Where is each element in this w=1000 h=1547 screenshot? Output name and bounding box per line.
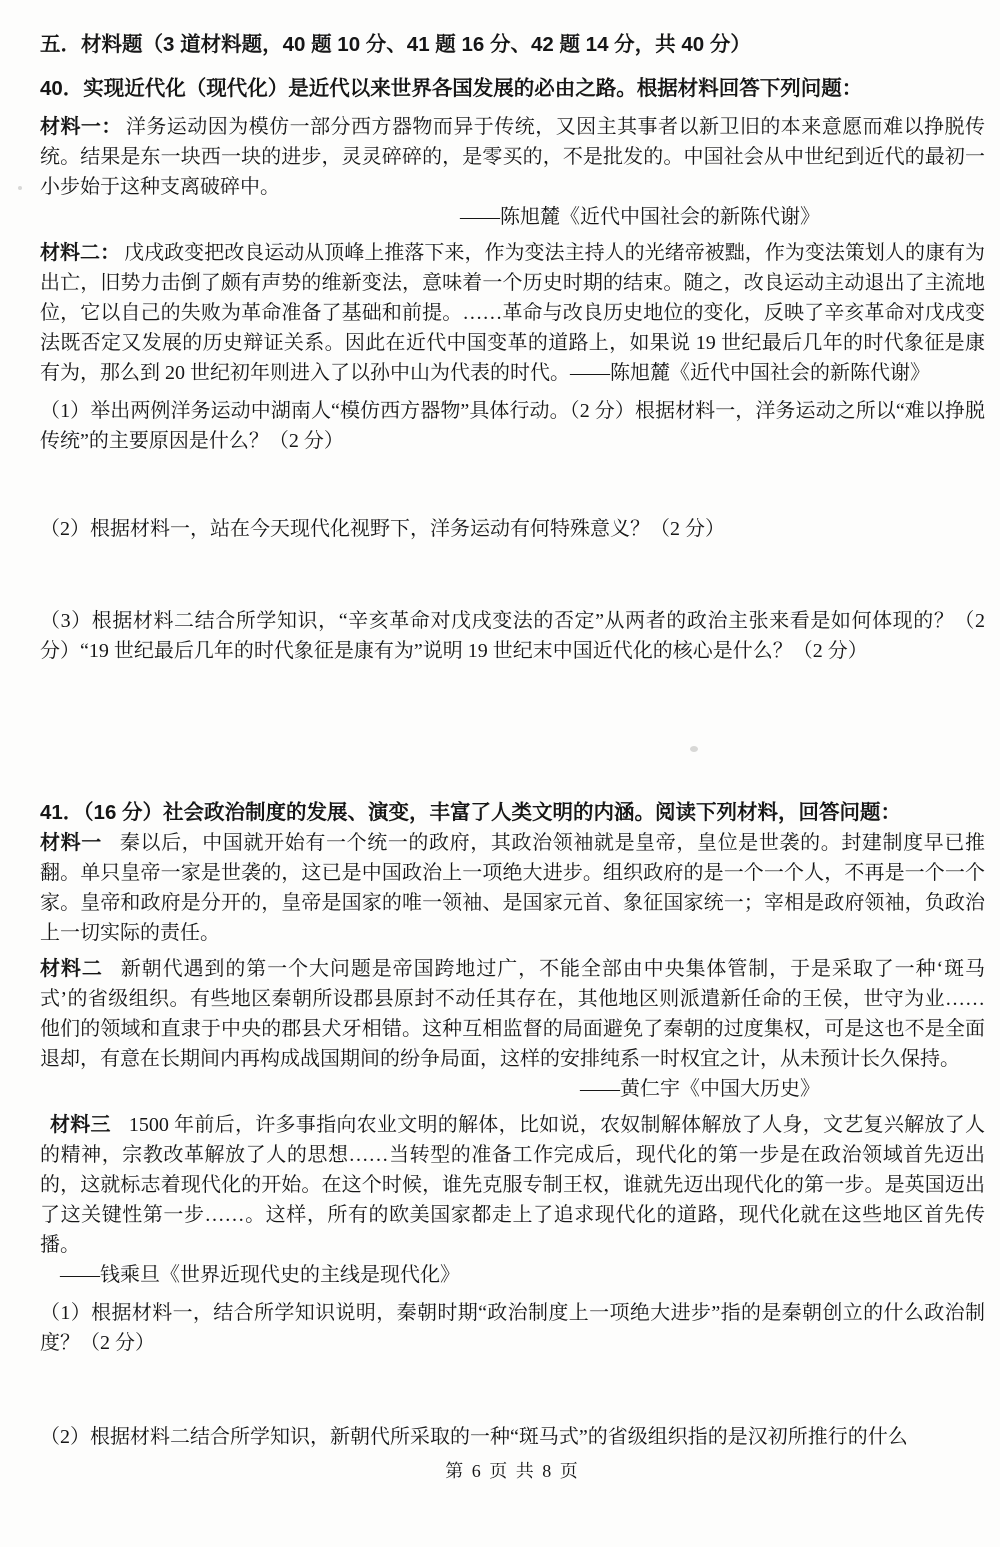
scan-speck [690, 746, 698, 752]
material-text: 1500 年前后，许多事指向农业文明的解体，比如说，农奴制解体解放了人身，文艺复… [40, 1114, 985, 1256]
q40-material-2: 材料二：戊戌政变把改良运动从顶峰上推落下来，作为变法主持人的光绪帝被黜，作为变法… [40, 238, 985, 388]
question-40-title: 40．实现近代化（现代化）是近代以来世界各国发展的必由之路。根据材料回答下列问题… [40, 74, 985, 104]
material-text: 新朝代遇到的第一个大问题是帝国跨地过广，不能全部由中央集体管制，于是采取了一种‘… [40, 958, 985, 1070]
question-41: 41．（16 分）社会政治制度的发展、演变，丰富了人类文明的内涵。阅读下列材料，… [40, 798, 985, 1452]
material-label: 材料三 [50, 1114, 111, 1136]
material-label: 材料一： [40, 116, 122, 138]
q40-question-1: （1）举出两例洋务运动中湖南人“模仿西方器物”具体行动。（2 分）根据材料一，洋… [40, 396, 985, 456]
scan-speck [18, 186, 22, 190]
page-footer: 第 6 页 共 8 页 [40, 1458, 985, 1484]
section-heading: 五．材料题（3 道材料题，40 题 10 分、41 题 16 分、42 题 14… [40, 30, 985, 60]
q41-material-3-source: ——钱乘旦《世界近现代史的主线是现代化》 [40, 1260, 985, 1290]
material-label: 材料一 [40, 832, 102, 854]
q40-material-1: 材料一：洋务运动因为模仿一部分西方器物而异于传统，又因主其事者以新卫旧的本来意愿… [40, 112, 985, 202]
q40-question-3: （3）根据材料二结合所学知识，“辛亥革命对戊戌变法的否定”从两者的政治主张来看是… [40, 606, 985, 666]
material-label: 材料二 [40, 958, 103, 980]
q41-material-2-source: ——黄仁宇《中国大历史》 [40, 1074, 985, 1104]
q41-material-2: 材料二新朝代遇到的第一个大问题是帝国跨地过广，不能全部由中央集体管制，于是采取了… [40, 954, 985, 1074]
q41-material-1: 材料一秦以后，中国就开始有一个统一的政府，其政治领袖就是皇帝，皇位是世袭的。封建… [40, 828, 985, 948]
question-41-title: 41．（16 分）社会政治制度的发展、演变，丰富了人类文明的内涵。阅读下列材料，… [40, 798, 985, 828]
material-label: 材料二： [40, 242, 120, 264]
material-text: 秦以后，中国就开始有一个统一的政府，其政治领袖就是皇帝，皇位是世袭的。封建制度早… [40, 832, 985, 944]
question-40: 40．实现近代化（现代化）是近代以来世界各国发展的必由之路。根据材料回答下列问题… [40, 74, 985, 666]
q40-question-2: （2）根据材料一，站在今天现代化视野下，洋务运动有何特殊意义？（2 分） [40, 514, 985, 544]
material-text: 戊戌政变把改良运动从顶峰上推落下来，作为变法主持人的光绪帝被黜，作为变法策划人的… [40, 242, 985, 384]
q40-material-1-source: ——陈旭麓《近代中国社会的新陈代谢》 [40, 202, 985, 232]
exam-page: 五．材料题（3 道材料题，40 题 10 分、41 题 16 分、42 题 14… [0, 0, 1000, 1547]
q41-material-3: 材料三1500 年前后，许多事指向农业文明的解体，比如说，农奴制解体解放了人身，… [40, 1110, 985, 1260]
q41-question-1: （1）根据材料一，结合所学知识说明，秦朝时期“政治制度上一项绝大进步”指的是秦朝… [40, 1298, 985, 1358]
material-text: 洋务运动因为模仿一部分西方器物而异于传统，又因主其事者以新卫旧的本来意愿而难以挣… [40, 116, 985, 198]
q41-question-2: （2）根据材料二结合所学知识，新朝代所采取的一种“斑马式”的省级组织指的是汉初所… [40, 1422, 985, 1452]
